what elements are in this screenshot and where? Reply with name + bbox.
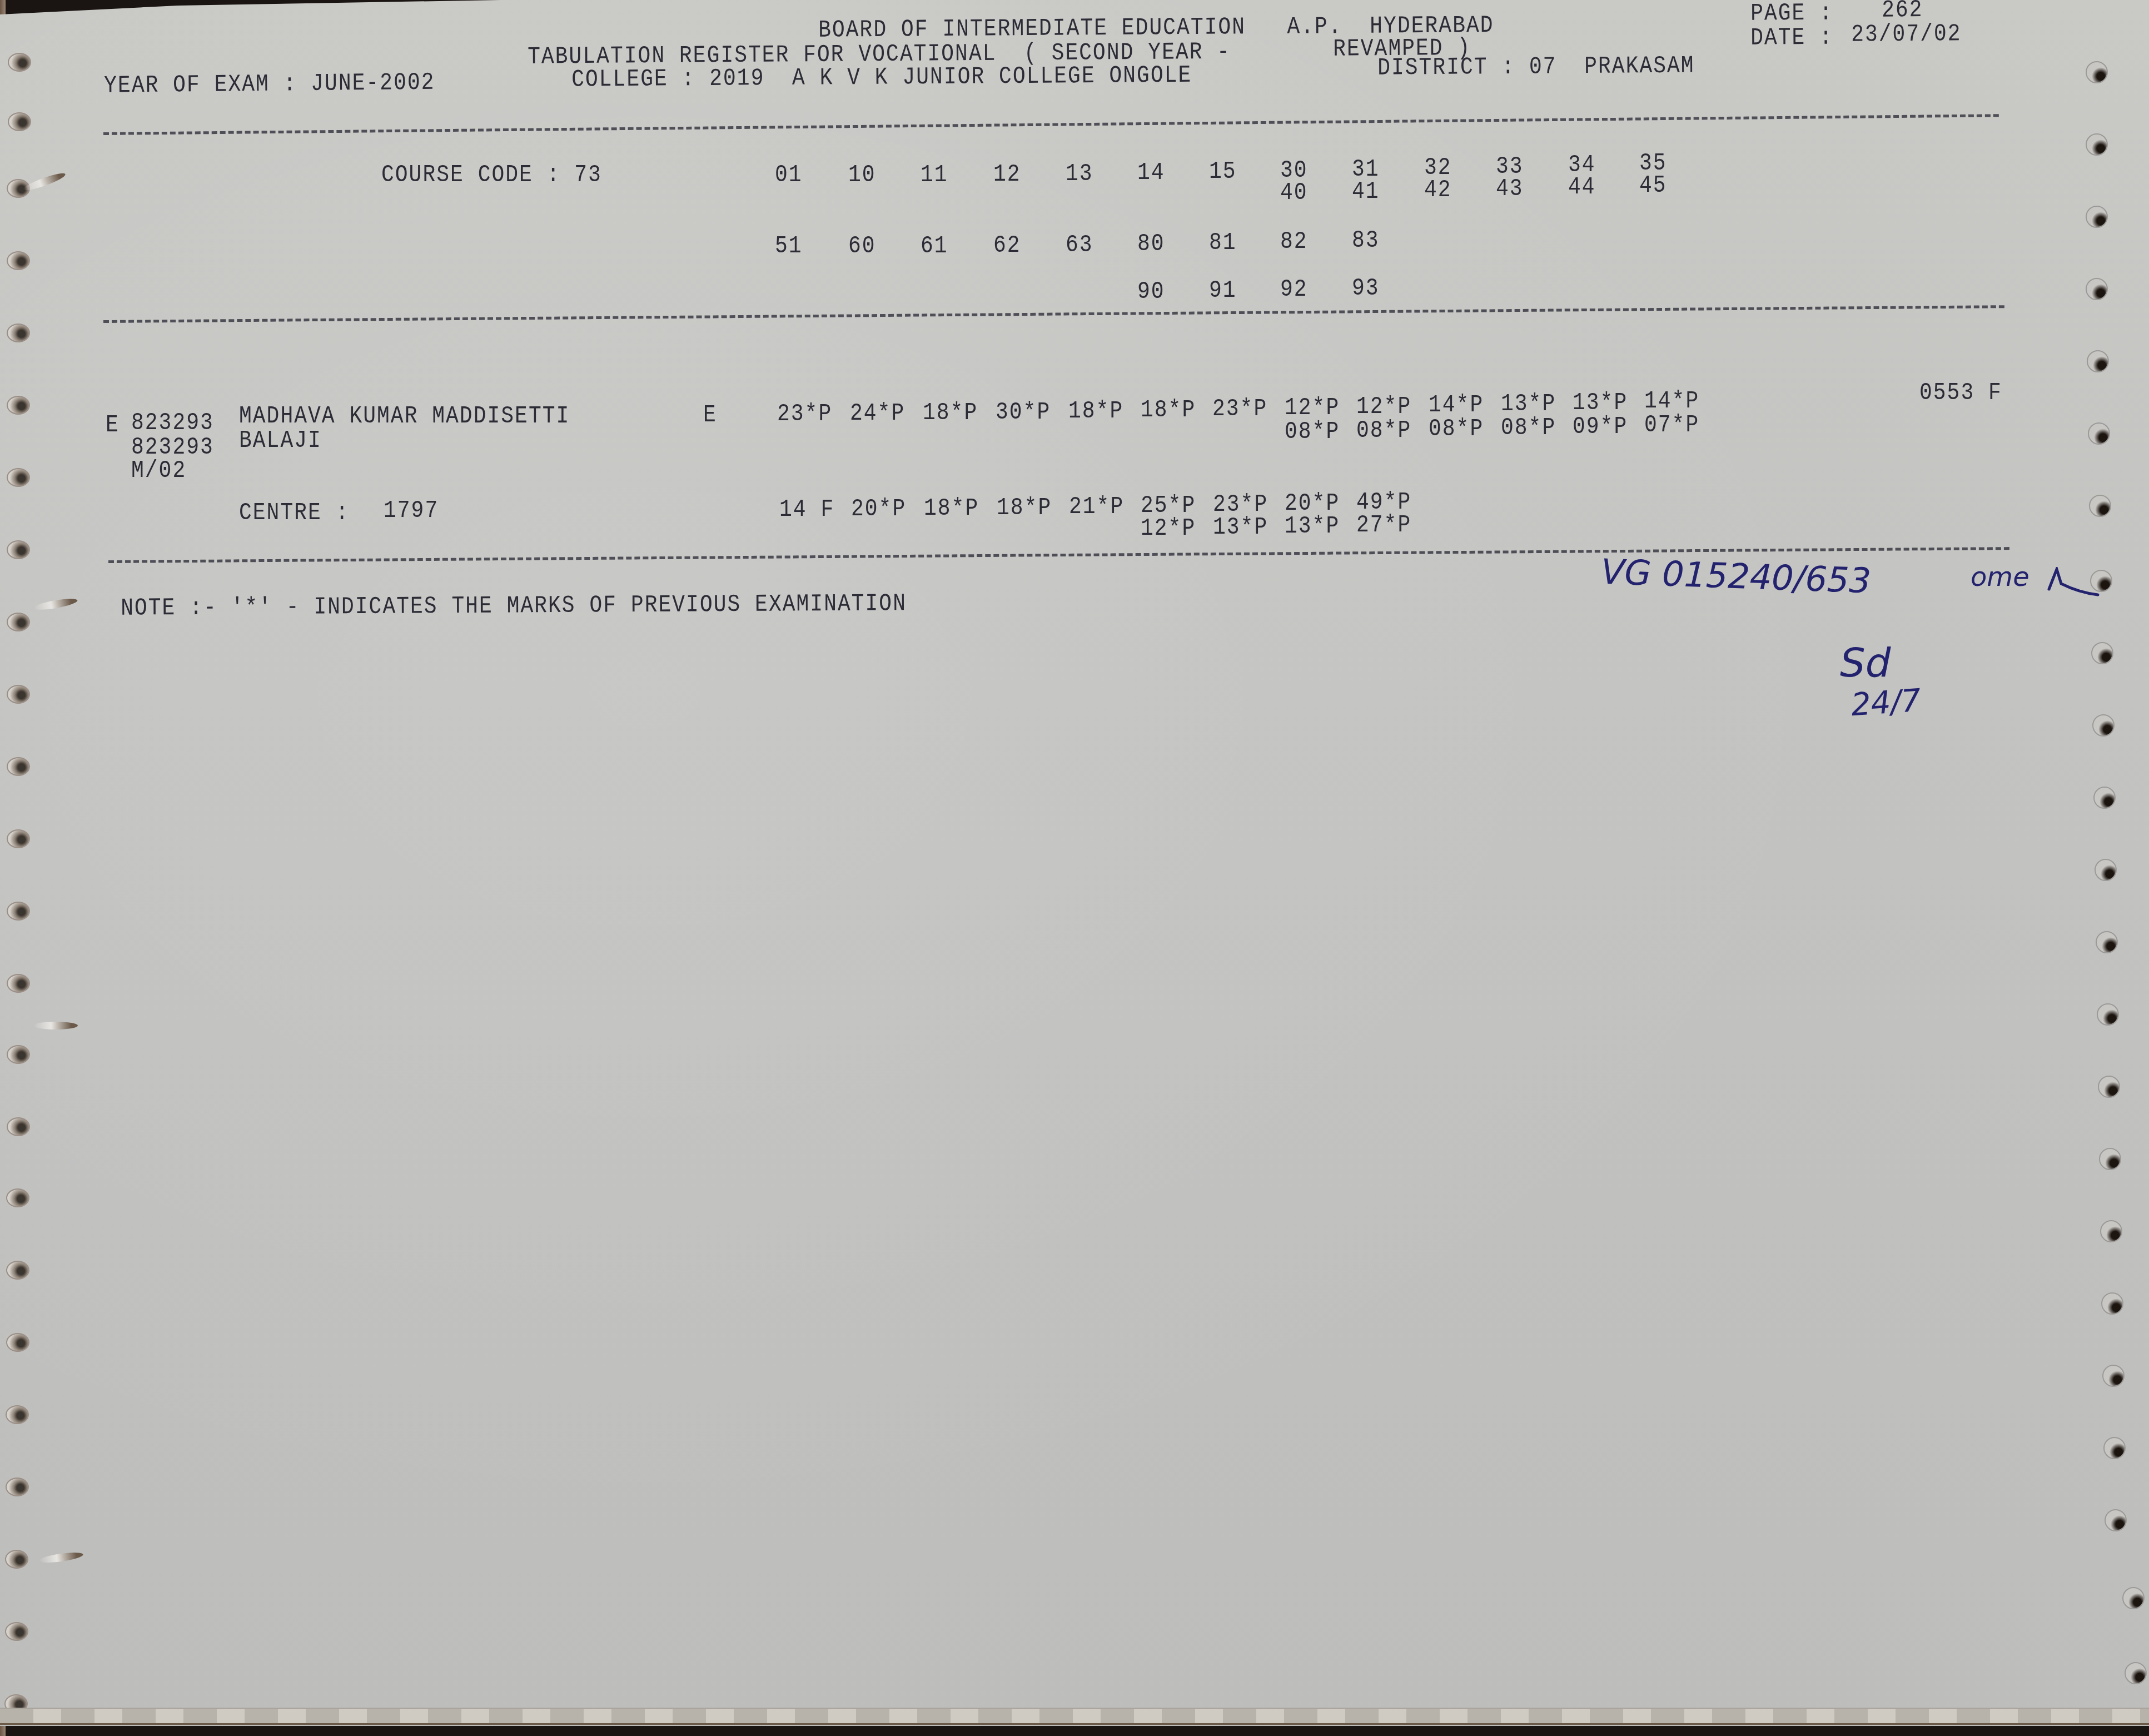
father-name: BALAJI [239,427,322,454]
course-code-label: COURSE CODE : 73 [381,161,602,188]
handwritten-date: 24/7 [1850,683,1922,724]
binder-hole [2099,1148,2121,1170]
subject-code: 51 [775,232,803,260]
pen-tick-mark [2046,567,2101,606]
subject-code: 12 [993,161,1021,188]
subject-code: 92 [1280,276,1308,303]
medium-code: E [106,411,120,439]
mark-cell: 08*P [1501,414,1556,441]
subject-code: 41 [1352,178,1380,205]
subject-code: 83 [1352,227,1380,254]
binder-hole [2088,422,2110,445]
binder-hole [7,540,30,559]
subject-code: 10 [848,161,876,188]
mark-cell: 24*P [850,400,905,427]
subject-code: 81 [1209,229,1237,256]
binder-hole [7,685,30,704]
handwritten-reference: VG 015240/653 [1600,551,1872,601]
binder-hole [6,1188,29,1207]
mark-cell: 23*P [1212,395,1267,422]
binder-hole [2086,61,2108,83]
binder-hole [2096,931,2118,953]
binder-hole [8,53,31,72]
binder-hole [6,1333,29,1352]
centre-label: CENTRE : [239,499,349,526]
mark-cell: 18*P [924,495,979,522]
subject-code: 14 [1137,159,1165,186]
binder-hole [6,1478,29,1496]
mark-cell: 08*P [1429,415,1484,442]
tabulation-register-page: BOARD OF INTERMEDIATE EDUCATION A.P. HYD… [0,0,2149,1726]
binder-hole [5,1622,28,1641]
mark-cell: 18*P [923,399,978,426]
subject-code: 44 [1568,173,1596,201]
binder-hole [2125,1662,2147,1684]
binder-hole [7,974,30,993]
binder-hole [7,396,30,415]
binder-hole [7,829,30,848]
binder-hole [7,468,30,487]
centre-code: 1797 [384,497,439,524]
binder-hole [8,112,31,131]
subject-code: 01 [775,161,803,188]
binder-hole [2089,495,2111,517]
subject-code: 15 [1209,158,1237,185]
mark-cell: 30*P [996,399,1051,426]
separator-line [103,305,2004,323]
date-value: 23/07/02 [1851,21,1962,49]
mark-cell: 08*P [1356,417,1411,444]
subject-code: 62 [993,232,1021,259]
mark-cell: 13*P [1285,513,1340,540]
mark-cell: 18*P [1141,396,1196,424]
binder-hole [7,757,30,776]
binder-hole [5,1550,28,1569]
separator-line [103,114,1999,135]
mark-cell: 08*P [1285,418,1340,445]
subject-code: 13 [1066,160,1093,187]
binder-hole [2091,642,2113,664]
binder-hole [6,1261,29,1280]
mark-cell: 21*P [1069,493,1124,520]
handwritten-remark: ome [1971,561,2029,593]
binder-hole [2086,206,2108,228]
mark-cell: 23*P [777,400,832,427]
mark-cell: 07*P [1644,411,1699,439]
binder-hole [7,251,30,270]
subject-code: 42 [1424,176,1452,203]
binder-hole [2086,278,2108,300]
binder-hole [2105,1509,2127,1531]
student-name: MADHAVA KUMAR MADDISETTI [239,402,570,430]
exam-code: M/02 [131,457,186,484]
binder-hole [7,902,30,921]
district-line: DISTRICT : 07 PRAKASAM [1377,52,1695,82]
subject-code: 60 [848,232,876,260]
binder-hole [2093,787,2116,809]
subject-code: 91 [1209,277,1237,304]
subject-code: 82 [1280,228,1308,255]
binder-hole [2101,1292,2123,1315]
year-of-exam: YEAR OF EXAM : JUNE-2002 [104,69,435,100]
subject-code: 45 [1639,172,1667,199]
binder-hole [2103,1437,2126,1459]
mark-cell: 09*P [1573,413,1628,440]
mark-cell: 27*P [1356,511,1411,539]
binder-hole [6,1405,29,1424]
subject-code: 90 [1137,278,1165,305]
mark-cell: 12*P [1141,515,1196,542]
binder-hole [2098,1076,2120,1098]
subject-code: 80 [1137,230,1165,257]
total-result: 0553 F [1919,379,2002,406]
footnote: NOTE :- '*' - INDICATES THE MARKS OF PRE… [121,590,907,622]
binder-hole [2095,859,2117,881]
binder-hole [2086,133,2108,156]
mark-cell: 13*P [1213,514,1268,541]
binder-hole [2122,1587,2145,1609]
language-code: E [703,401,717,429]
subject-code: 40 [1280,179,1308,206]
date-label: DATE : [1750,24,1833,52]
college-line: COLLEGE : 2019 A K V K JUNIOR COLLEGE ON… [571,62,1192,93]
binder-hole [2100,1220,2122,1242]
binder-hole [2087,350,2109,372]
page-stack-edge [0,1708,2149,1725]
paper-tear [33,1022,78,1029]
binder-hole [7,1117,30,1136]
paper-tear [33,596,78,612]
binder-hole [2102,1365,2125,1387]
subject-code: 11 [921,161,948,188]
binder-hole [7,613,30,631]
paper-tear [38,1551,83,1565]
mark-cell: 18*P [1068,397,1123,425]
subject-code: 61 [921,232,948,260]
binder-hole [2097,1003,2119,1026]
subject-code: 43 [1496,175,1524,202]
mark-cell: 14 F [779,496,834,523]
binder-hole [7,1045,30,1064]
mark-cell: 20*P [851,495,906,523]
subject-code: 63 [1066,231,1093,258]
paper-tear [22,171,67,193]
hall-ticket-number: 823293 [131,409,214,436]
mark-cell: 18*P [997,494,1052,521]
handwritten-initials: Sd [1840,639,1891,686]
binder-hole [2092,714,2115,737]
page-label: PAGE : [1750,0,1833,27]
subject-code: 93 [1352,275,1380,302]
binder-hole [7,324,30,342]
